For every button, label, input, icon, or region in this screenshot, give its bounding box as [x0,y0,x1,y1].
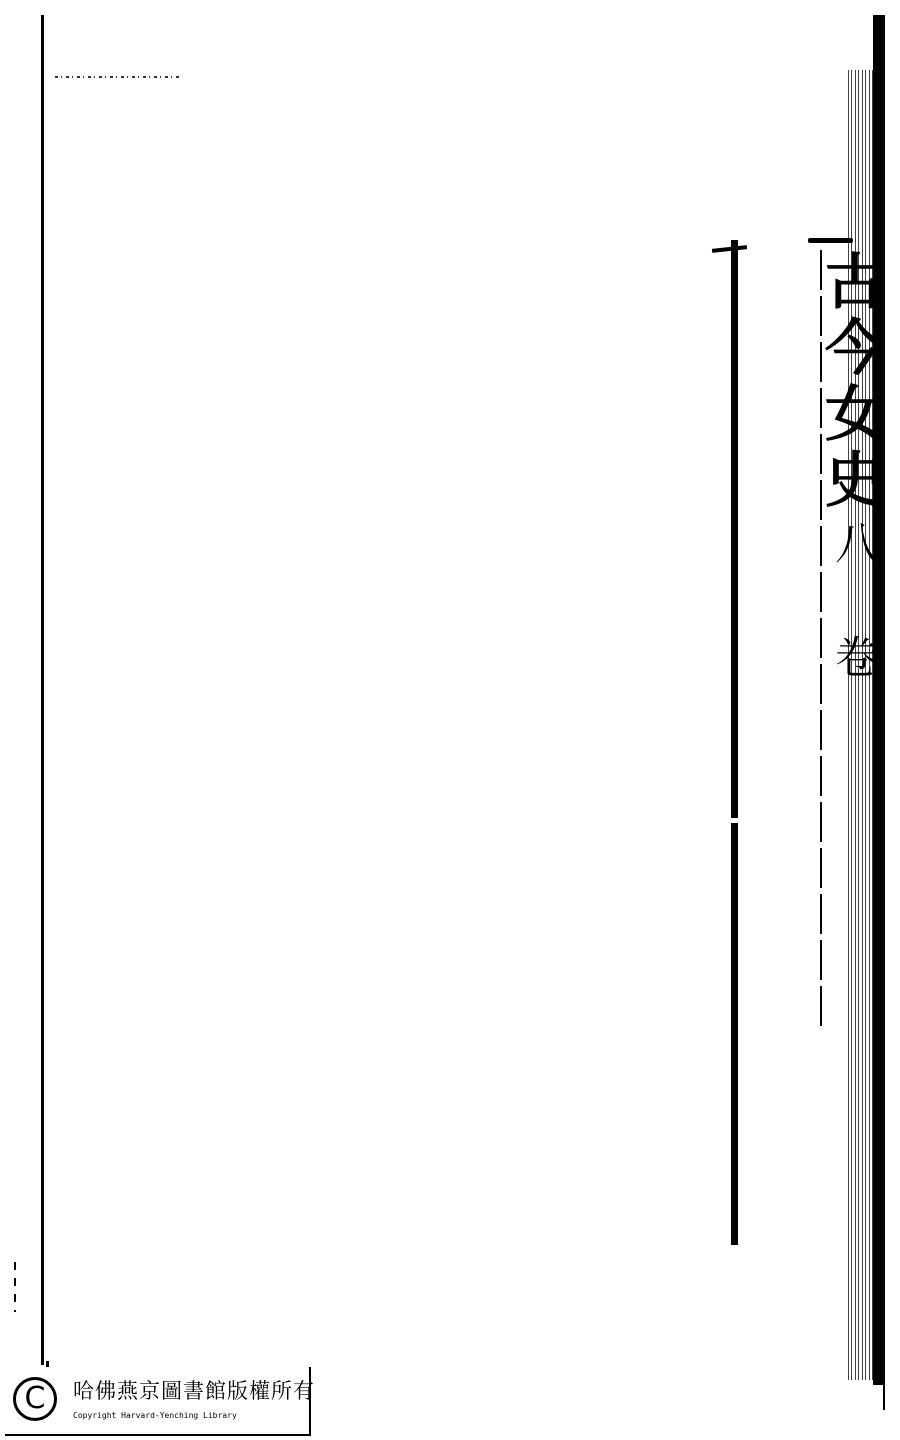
rule-break [729,818,740,823]
copyright-icon: C [13,1377,57,1421]
inner-column-rule [731,240,738,1245]
stamp-chinese-text: 哈佛燕京圖書館版權所有 [73,1375,315,1405]
volume-marker: 八卷 [832,520,872,748]
margin-marks [14,1262,16,1312]
scan-speckle [55,76,180,78]
stamp-english-text: Copyright Harvard-Yenching Library [73,1411,237,1420]
left-border-rule [41,15,44,1365]
book-title: 古今女史 [826,250,876,514]
copyright-stamp: C 哈佛燕京圖書館版權所有 Copyright Harvard-Yenching… [5,1367,311,1436]
spine-tail [883,1385,885,1410]
column-rule-head [712,245,747,253]
stamp-tick [46,1361,49,1367]
title-slip-top [808,238,853,243]
scanned-page: 古今女史 八卷 C 哈佛燕京圖書館版權所有 Copyright Harvard-… [0,0,900,1440]
